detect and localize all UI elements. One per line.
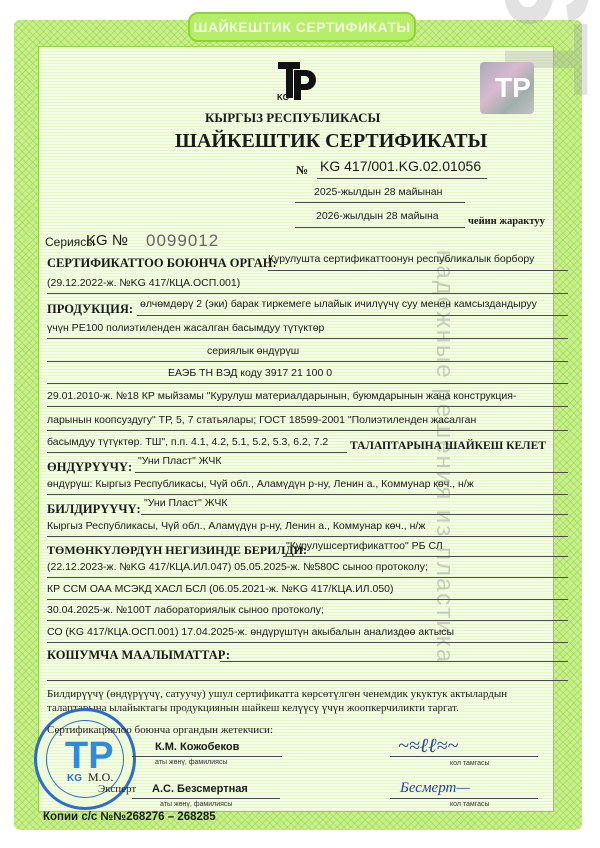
divider [47, 620, 568, 621]
applicant-address: Кыргыз Республикасы, Чүй обл., Аламүдүн … [47, 520, 425, 532]
stamp-kg-label: KG [67, 773, 82, 784]
divider [220, 661, 568, 662]
applicant-value: "Уни Пласт" ЖЧК [144, 497, 228, 509]
product-line-2: үчүн PE100 полиэтиленден жасалган басымд… [47, 322, 324, 334]
divider [137, 315, 568, 316]
manufacturer-address: өндүрүш: Кыргыз Республикасы, Чүй обл., … [47, 478, 474, 490]
divider [47, 536, 568, 537]
hologram-tr-icon: TP [480, 62, 534, 114]
divider [132, 756, 282, 757]
divider [47, 293, 568, 294]
valid-suffix: чейин жарактуу [468, 216, 545, 227]
divider [283, 556, 568, 557]
head-name-caption: аты жөнү, фамилиясы [155, 759, 227, 766]
series-number: 0099012 [146, 231, 219, 251]
series-prefix: KG № [86, 232, 128, 249]
certificate-number: KG 417/001.KG.02.01056 [320, 158, 481, 174]
divider [47, 361, 568, 362]
head-name: К.М. Кожобеков [155, 741, 239, 753]
divider [47, 494, 568, 495]
divider [47, 452, 347, 453]
product-hs-code: ЕАЭБ ТН ВЭД коду 3917 21 100 0 [168, 367, 332, 379]
divider [47, 383, 568, 384]
basis-line-4: 30.04.2025-ж. №100Т лабораториялык сыноо… [47, 604, 324, 616]
watermark-slogan: надежные решения из пластика [430, 250, 458, 664]
divider [47, 599, 568, 600]
requirements-line-2: ларынын коопсуздугу" ТР, 5, 7 статьялары… [47, 414, 476, 426]
product-line-3: сериялык өндүрүш [207, 345, 299, 357]
valid-to: 2026-жылдын 28 майына [316, 210, 439, 222]
additional-label: КОШУМЧА МААЛЫМАТТАР: [47, 648, 230, 663]
divider [47, 680, 568, 681]
divider [47, 430, 568, 431]
divider [268, 270, 568, 271]
product-label: ПРОДУКЦИЯ: [47, 302, 133, 317]
valid-from: 2025-жылдын 28 майынан [314, 186, 442, 198]
header-banner: ШАЙКЕШТИК СЕРТИФИКАТЫ [188, 12, 416, 42]
divider [47, 338, 568, 339]
divider [135, 472, 568, 473]
copies-number: Копии с/с №№268276 – 268285 [43, 811, 216, 823]
head-label: Сертификациялоо боюнча органдын жетекчис… [47, 724, 273, 736]
divider [47, 406, 568, 407]
applicant-label: БИЛДИРҮҮЧҮ: [47, 502, 141, 517]
head-sign-caption: кол тамгасы [450, 760, 490, 767]
manufacturer-label: ӨНДҮРҮҮЧҮ: [47, 460, 132, 475]
head-signature: ~≈ℓℓ≈~ [398, 735, 458, 758]
body-accreditation: (29.12.2022-ж. №KG 417/КЦА.ОСП.001) [47, 277, 240, 289]
requirements-line-1: 29.01.2010-ж. №18 КР мыйзамы "Курулуш ма… [47, 390, 516, 402]
hologram-glyph: TP [495, 72, 531, 104]
responsibility-line-2: талаптарына ылайыктагы продукциянын шайк… [47, 702, 459, 714]
body-label: СЕРТИФИКАТТОО БОЮНЧА ОРГАН: [47, 256, 277, 271]
product-line-1: өлчөмдөрү 2 (эки) барак тиркемеге ылайык… [140, 298, 537, 310]
basis-line-3: КР ССМ ОАА МСЭКД ХАСЛ БСЛ (06.05.2021-ж.… [47, 583, 394, 595]
responsibility-line-1: Билдирүүчү (өндүрүүчү, сатуучу) ушул сер… [47, 688, 507, 700]
basis-line-2: (22.12.2023-ж. №KG 417/КЦА.ИЛ.047) 05.05… [47, 561, 428, 573]
manufacturer-value: "Уни Пласт" ЖЧК [138, 455, 222, 467]
expert-sign-caption: кол тамгасы [450, 801, 490, 808]
svg-text:KG: KG [277, 93, 289, 102]
divider [390, 798, 538, 799]
divider [295, 202, 465, 203]
expert-name: А.С. Безсмертная [152, 783, 248, 795]
requirements-line-3: басымдуу түтүктөр. ТШ", п.п. 4.1, 4.2, 5… [47, 436, 328, 448]
expert-label: Эксперт [98, 783, 136, 795]
expert-signature: Бесмерт— [400, 780, 470, 797]
body-value: Курулушта сертификаттоонун республикалык… [268, 253, 534, 265]
divider [47, 577, 568, 578]
page-title: ШАЙКЕШТИК СЕРТИФИКАТЫ [175, 130, 487, 153]
divider [132, 798, 280, 799]
expert-name-caption: аты жөнү, фамилиясы [160, 801, 232, 808]
basis-label: ТӨМӨНКҮЛӨРДҮН НЕГИЗИНДЕ БЕРИЛДИ: [47, 543, 307, 558]
tr-kg-logo-icon: KG [276, 58, 320, 102]
divider [141, 514, 568, 515]
country-name: КЫРГЫЗ РЕСПУБЛИКАСЫ [205, 110, 380, 126]
basis-line-5: СО (KG 417/КЦА.ОСП.001) 17.04.2025-ж. өн… [47, 626, 454, 638]
number-prefix: № [296, 163, 308, 178]
basis-value: "Курулушсертификаттоо" РБ СЛ [286, 540, 443, 552]
divider [317, 178, 487, 179]
requirements-suffix: ТАЛАПТАРЫНА ШАЙКЕШ КЕЛЕТ [350, 440, 546, 452]
divider [295, 227, 465, 228]
divider [390, 756, 538, 757]
divider [47, 642, 568, 643]
